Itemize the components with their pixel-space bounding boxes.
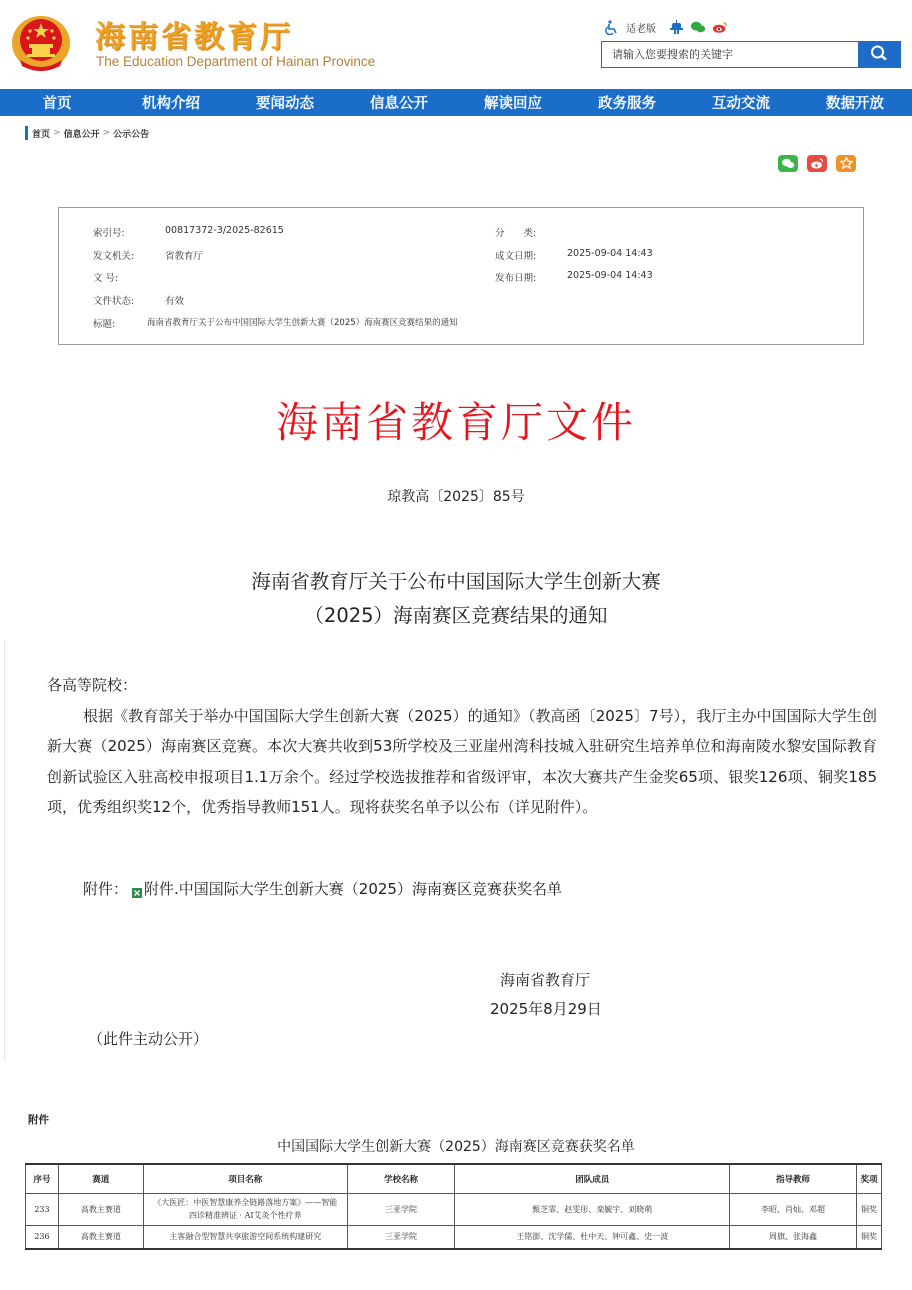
index-label: 索引号: [93, 225, 165, 239]
weibo-icon[interactable] [712, 19, 728, 35]
column-header-track: 赛道 [58, 1164, 143, 1193]
main-nav: 首页 机构介绍 要闻动态 信息公开 解读回应 政务服务 互动交流 数据开放 [0, 89, 912, 116]
cell-advisors: 周旗、张海鑫 [730, 1225, 857, 1249]
favorite-button[interactable] [836, 155, 856, 172]
elder-mode-link[interactable]: 适老版 [626, 20, 656, 35]
appendix-label: 附件 [28, 1112, 49, 1127]
nav-item-info-disclosure[interactable]: 信息公开 [342, 92, 456, 113]
table-header-row: 序号 赛道 项目名称 学校名称 团队成员 指导教师 奖项 [26, 1164, 882, 1193]
breadcrumb-separator: > [53, 128, 61, 138]
site-header: 海南省教育厅 The Education Department of Haina… [0, 0, 912, 88]
breadcrumb-announcements[interactable]: 公示公告 [113, 127, 149, 140]
attachment-link[interactable]: 附件.中国国际大学生创新大赛（2025）海南赛区竞赛获奖名单 [144, 878, 562, 899]
cell-school: 三亚学院 [347, 1225, 455, 1249]
weibo-icon [810, 154, 824, 173]
cell-advisors: 李昭、肖灿、邓超 [730, 1193, 857, 1225]
search-input[interactable] [602, 42, 858, 67]
nav-item-interaction[interactable]: 互动交流 [684, 92, 798, 113]
doc-number-label: 文 号: [93, 270, 165, 284]
nav-item-news[interactable]: 要闻动态 [228, 92, 342, 113]
index-value: 00817372-3/2025-82615 [165, 225, 284, 239]
table-row: 236 高教主赛道 主客融合型智慧共享旅游空间系统构建研究 三亚学院 王铭澎、沈… [26, 1225, 882, 1249]
share-wechat-button[interactable] [778, 155, 798, 172]
attachment-label: 附件： [83, 878, 128, 899]
column-header-no: 序号 [26, 1164, 59, 1193]
breadcrumb-separator: > [103, 128, 111, 138]
award-table: 序号 赛道 项目名称 学校名称 团队成员 指导教师 奖项 233 高教主赛道 《… [25, 1163, 882, 1250]
status-label: 文件状态: [93, 293, 165, 307]
project-line1: 《大医匠：中医智慧康养全链路落地方案》——智能 [147, 1196, 344, 1209]
search-box [601, 41, 901, 68]
document-title-line1: 海南省教育厅关于公布中国国际大学生创新大赛 [0, 565, 912, 599]
column-header-advisors: 指导教师 [730, 1164, 857, 1193]
cell-members: 甄芝霏、赵雯彤、栾毓宇、刘晓萌 [455, 1193, 730, 1225]
share-buttons [778, 155, 856, 172]
column-header-project: 项目名称 [143, 1164, 347, 1193]
nav-item-home[interactable]: 首页 [0, 92, 114, 113]
cell-no: 236 [26, 1225, 59, 1249]
site-subtitle: The Education Department of Hainan Provi… [96, 54, 375, 69]
title-value: 海南省教育厅关于公布中国国际大学生创新大赛（2025）海南赛区竞赛结果的通知 [147, 316, 458, 330]
search-icon [870, 45, 888, 65]
share-weibo-button[interactable] [807, 155, 827, 172]
document-org-header: 海南省教育厅文件 [0, 390, 912, 450]
content-divider [4, 640, 5, 1060]
cell-award: 铜奖 [856, 1193, 881, 1225]
column-header-school: 学校名称 [347, 1164, 455, 1193]
title-label: 标题: [93, 316, 147, 330]
cell-project: 主客融合型智慧共享旅游空间系统构建研究 [143, 1225, 347, 1249]
cell-members: 王铭澎、沈学儒、杜中天、钟可鑫、史一波 [455, 1225, 730, 1249]
document-body: 各高等院校： 根据《教育部关于举办中国国际大学生创新大赛（2025）的通知》（教… [47, 670, 877, 823]
wechat-icon [781, 154, 795, 173]
column-header-members: 团队成员 [455, 1164, 730, 1193]
breadcrumb: 首页 > 信息公开 > 公示公告 [25, 126, 149, 140]
wechat-icon[interactable] [690, 19, 706, 35]
document-metadata: 索引号: 00817372-3/2025-82615 分 类: 发文机关: 省教… [58, 207, 864, 345]
star-icon [840, 154, 853, 173]
nav-item-organization[interactable]: 机构介绍 [114, 92, 228, 113]
document-number: 琼教高〔2025〕85号 [0, 486, 912, 506]
accessibility-icon[interactable] [604, 19, 620, 35]
issuer-value: 省教育厅 [165, 248, 203, 262]
cell-no: 233 [26, 1193, 59, 1225]
status-value: 有效 [165, 293, 184, 307]
category-label: 分 类: [495, 225, 567, 239]
table-row: 233 高教主赛道 《大医匠：中医智慧康养全链路落地方案》——智能 四诊精准辨证… [26, 1193, 882, 1225]
nav-item-interpretation[interactable]: 解读回应 [456, 92, 570, 113]
body-paragraph: 根据《教育部关于举办中国国际大学生创新大赛（2025）的通知》（教高函〔2025… [47, 701, 877, 823]
cell-project: 《大医匠：中医智慧康养全链路落地方案》——智能 四诊精准辨证 · AI艾灸个性疗… [143, 1193, 347, 1225]
site-title[interactable]: 海南省教育厅 [95, 12, 293, 56]
breadcrumb-home[interactable]: 首页 [32, 127, 50, 140]
robot-icon[interactable] [668, 19, 684, 35]
publish-date-value: 2025-09-04 14:43 [567, 270, 653, 284]
publish-date-label: 发布日期: [495, 270, 567, 284]
salutation: 各高等院校： [47, 670, 877, 701]
document-title: 海南省教育厅关于公布中国国际大学生创新大赛 （2025）海南赛区竞赛结果的通知 [0, 565, 912, 633]
excel-file-icon [132, 884, 142, 894]
nav-item-open-data[interactable]: 数据开放 [798, 92, 912, 113]
cell-track: 高教主赛道 [58, 1193, 143, 1225]
header-toolbar: 适老版 [604, 18, 728, 36]
signature-org: 海南省教育厅 [500, 969, 590, 990]
column-header-award: 奖项 [856, 1164, 881, 1193]
search-button[interactable] [858, 42, 900, 67]
cell-award: 铜奖 [856, 1225, 881, 1249]
document-title-line2: （2025）海南赛区竞赛结果的通知 [0, 599, 912, 633]
breadcrumb-info-disclosure[interactable]: 信息公开 [64, 127, 100, 140]
cell-track: 高教主赛道 [58, 1225, 143, 1249]
attachment-line: 附件： 附件.中国国际大学生创新大赛（2025）海南赛区竞赛获奖名单 [83, 878, 562, 899]
written-date-label: 成文日期: [495, 248, 567, 262]
cell-school: 三亚学院 [347, 1193, 455, 1225]
appendix-title: 中国国际大学生创新大赛（2025）海南赛区竞赛获奖名单 [0, 1136, 912, 1156]
public-note: （此件主动公开） [88, 1028, 208, 1049]
national-emblem-icon [10, 14, 72, 72]
nav-item-gov-services[interactable]: 政务服务 [570, 92, 684, 113]
written-date-value: 2025-09-04 14:43 [567, 248, 653, 262]
issuer-label: 发文机关: [93, 248, 165, 262]
signature-date: 2025年8月29日 [490, 998, 602, 1019]
project-line2: 四诊精准辨证 · AI艾灸个性疗养 [147, 1209, 344, 1222]
